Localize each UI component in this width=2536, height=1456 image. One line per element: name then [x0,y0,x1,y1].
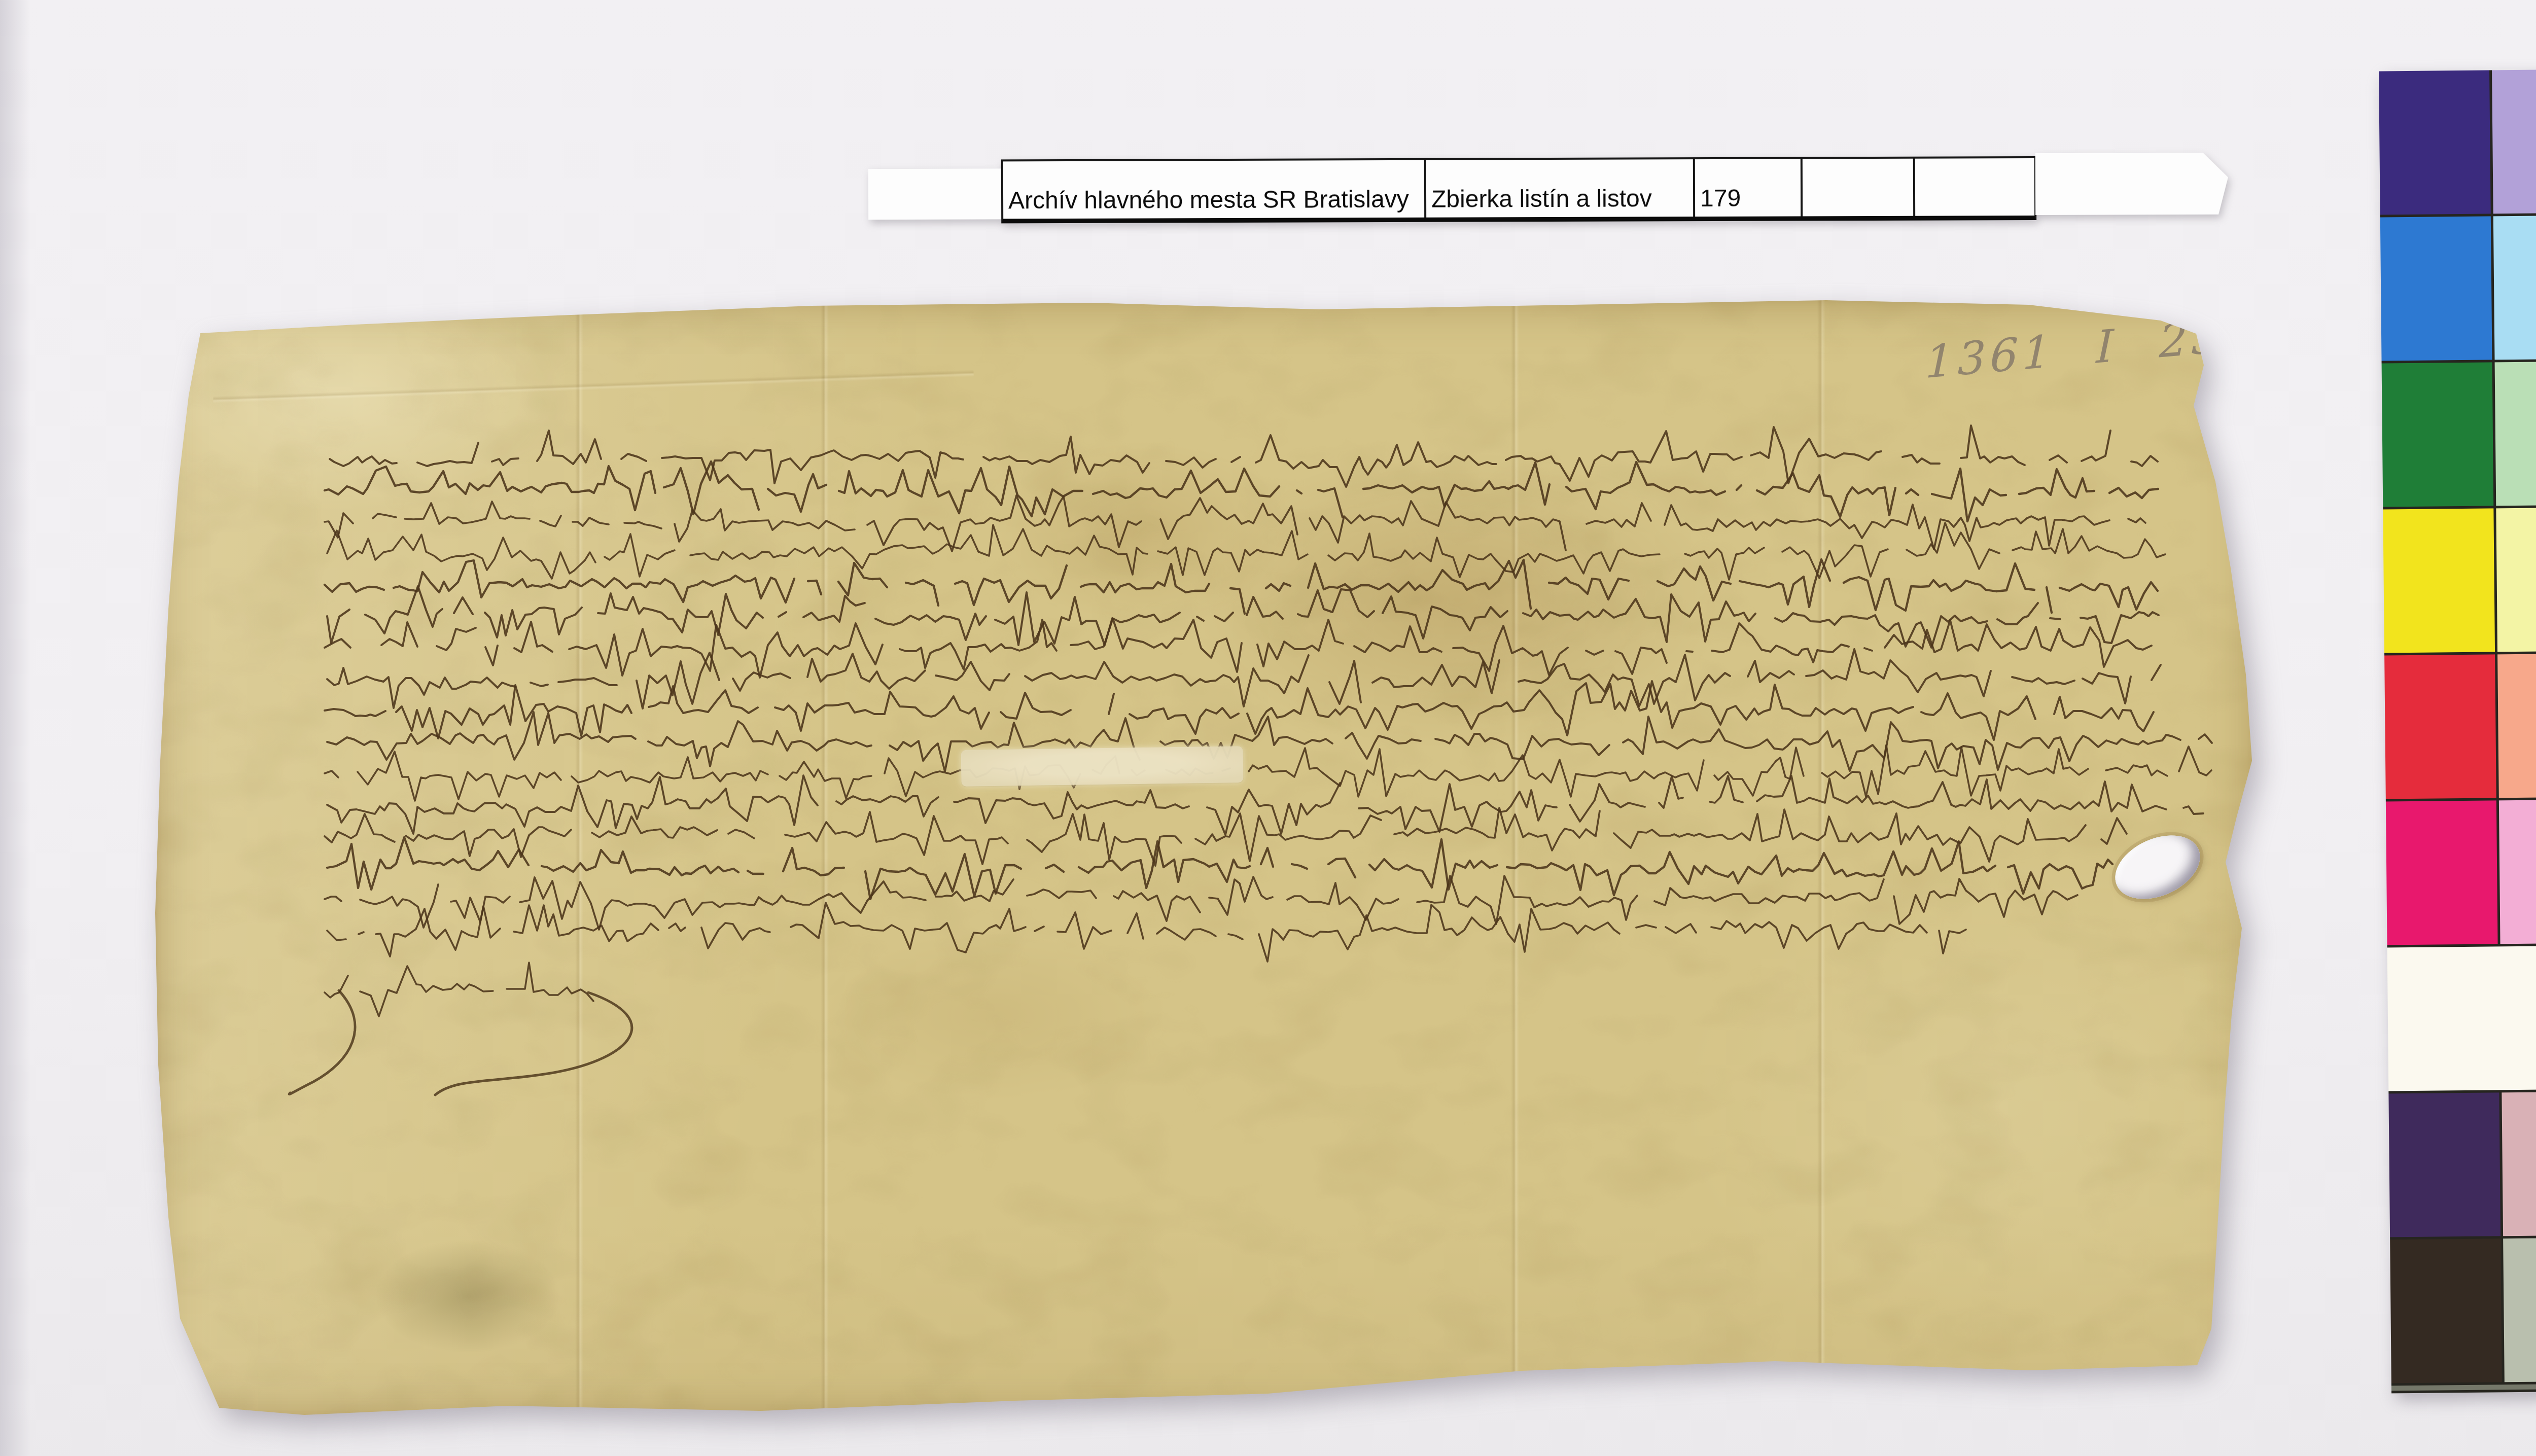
patch-footer [2391,1383,2536,1391]
label-cell: Zbierka listín a listov [1424,159,1693,218]
label-cell [1801,159,1913,217]
patch-row-magenta [2386,799,2536,945]
patch-yellow-light [2496,507,2536,652]
patch-yellow-dark [2383,508,2495,653]
patch-row-black [2390,1237,2536,1383]
patch-green-light [2495,361,2536,506]
patch-green-dark [2382,362,2494,507]
patch-magenta-dark [2386,800,2498,945]
patch-3/color-dark [2388,1092,2500,1237]
patch-magenta-light [2499,799,2536,944]
patch-red-dark [2384,654,2496,799]
patch-red-light [2497,653,2536,798]
patch-row-3/color [2388,1091,2536,1237]
parchment-document: 1361 I 23 [152,297,2257,1420]
archive-label-table: Archív hlavného mesta SR BratislavyZbier… [1001,156,2036,223]
label-cell: Archív hlavného mesta SR Bratislavy [1003,160,1424,219]
patch-row-red [2384,653,2536,799]
patch-white [2387,945,2536,1091]
patch-black-dark [2390,1238,2502,1383]
patch-row-white [2387,945,2536,1091]
label-cell [1913,158,2034,216]
label-cell: 179 [1693,159,1801,217]
scan-background: 1361 I 23 Archív hlavného mesta SR Brati… [0,0,2536,1456]
patch-cyan-dark [2380,216,2492,361]
patch-row-blue [2379,69,2536,215]
patch-row-cyan [2380,215,2536,361]
patch-blue-dark [2379,70,2491,215]
archive-label-strip: Archív hlavného mesta SR BratislavyZbier… [868,152,2233,231]
parchment-edge-shading [152,297,2257,1420]
label-blank-tail [2035,153,2228,215]
patch-black-light [2503,1237,2536,1382]
patch-row-green [2382,361,2536,507]
patch-blue-light [2492,69,2536,214]
kodak-color-strip: BlueCyanGreenYellowRedMagentaWhite3/Colo… [2379,67,2536,1393]
label-blank-lead [868,168,1002,220]
color-patches-grid [2379,69,2536,1393]
patch-3/color-light [2502,1091,2536,1236]
patch-row-yellow [2383,507,2536,653]
patch-cyan-light [2493,215,2536,360]
